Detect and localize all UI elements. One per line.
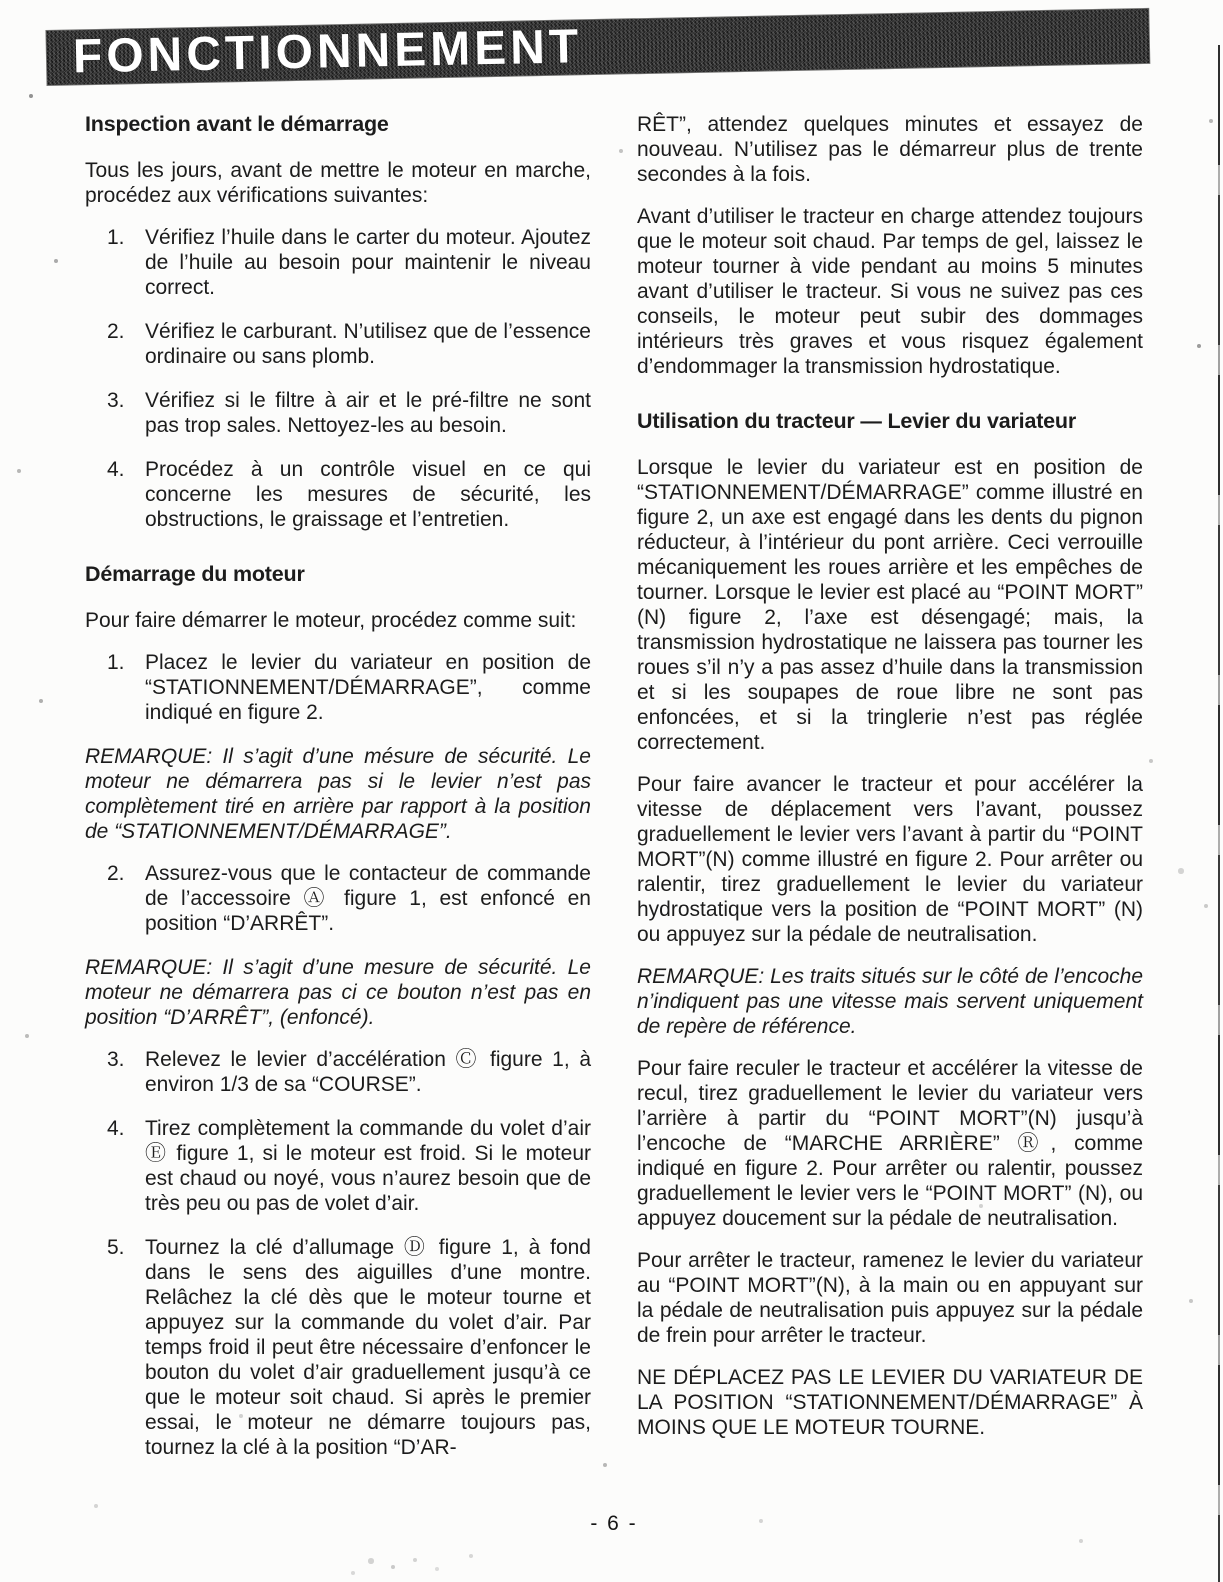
numbered-step: 3.Vérifiez si le filtre à air et le pré-… <box>85 388 591 438</box>
remark-paragraph: REMARQUE: Les traits situés sur le côté … <box>637 964 1143 1039</box>
paragraph: Avant d’utiliser le tracteur en charge a… <box>637 204 1143 379</box>
step-number: 4. <box>107 457 145 532</box>
numbered-step: 3.Relevez le levier d’accélération Ⓒ fig… <box>85 1047 591 1097</box>
step-text: Tirez complètement la commande du volet … <box>145 1116 591 1216</box>
numbered-step: 2.Vérifiez le carburant. N’utilisez que … <box>85 319 591 369</box>
step-number: 5. <box>107 1235 145 1460</box>
left-column: Inspection avant le démarrageTous les jo… <box>85 112 591 1479</box>
numbered-step: 2.Assurez-vous que le contacteur de comm… <box>85 861 591 936</box>
paragraph: Pour faire avancer le tracteur et pour a… <box>637 772 1143 947</box>
two-column-text-layout: Inspection avant le démarrageTous les jo… <box>85 112 1143 1479</box>
section-heading: Inspection avant le démarrage <box>85 112 591 137</box>
scanned-manual-page: FONCTIONNEMENT Inspection avant le démar… <box>0 0 1223 1582</box>
page-number: - 6 - <box>590 1512 637 1535</box>
step-text: Placez le levier du variateur en positio… <box>145 650 591 725</box>
page-footer: - 6 - <box>85 1512 1143 1536</box>
numbered-step: 1.Vérifiez l’huile dans le carter du mot… <box>85 225 591 300</box>
paragraph: Pour arrêter le tracteur, ramenez le lev… <box>637 1248 1143 1348</box>
warning-paragraph: NE DÉPLACEZ PAS LE LEVIER DU VARIATEUR D… <box>637 1365 1143 1440</box>
step-text: Assurez-vous que le contacteur de comman… <box>145 861 591 936</box>
step-number: 3. <box>107 1047 145 1097</box>
step-text: Relevez le levier d’accélération Ⓒ figur… <box>145 1047 591 1097</box>
numbered-step: 4.Procédez à un contrôle visuel en ce qu… <box>85 457 591 532</box>
section-banner-title: FONCTIONNEMENT <box>46 20 582 85</box>
section-heading: Démarrage du moteur <box>85 562 591 587</box>
paragraph: Pour faire reculer le tracteur et accélé… <box>637 1056 1143 1231</box>
numbered-step: 5.Tournez la clé d’allumage Ⓓ figure 1, … <box>85 1235 591 1460</box>
step-number: 2. <box>107 861 145 936</box>
step-number: 2. <box>107 319 145 369</box>
step-text: Vérifiez l’huile dans le carter du moteu… <box>145 225 591 300</box>
section-heading: Utilisation du tracteur — Levier du vari… <box>637 409 1143 434</box>
step-number: 4. <box>107 1116 145 1216</box>
paragraph: Lorsque le levier du variateur est en po… <box>637 455 1143 755</box>
numbered-step: 1.Placez le levier du variateur en posit… <box>85 650 591 725</box>
scan-edge-line <box>1218 45 1220 1582</box>
step-number: 1. <box>107 650 145 725</box>
remark-paragraph: REMARQUE: Il s’agit d’une mesure de sécu… <box>85 955 591 1030</box>
step-text: Procédez à un contrôle visuel en ce qui … <box>145 457 591 532</box>
paragraph: Tous les jours, avant de mettre le moteu… <box>85 158 591 208</box>
step-text: Tournez la clé d’allumage Ⓓ figure 1, à … <box>145 1235 591 1460</box>
paragraph: RÊT”, attendez quelques minutes et essay… <box>637 112 1143 187</box>
scan-noise-speckles <box>0 0 2 2</box>
numbered-step: 4.Tirez complètement la commande du vole… <box>85 1116 591 1216</box>
step-number: 1. <box>107 225 145 300</box>
step-number: 3. <box>107 388 145 438</box>
remark-paragraph: REMARQUE: Il s’agit d’une mésure de sécu… <box>85 744 591 844</box>
section-banner: FONCTIONNEMENT <box>46 9 1149 85</box>
step-text: Vérifiez si le filtre à air et le pré-fi… <box>145 388 591 438</box>
paragraph: Pour faire démarrer le moteur, procédez … <box>85 608 591 633</box>
step-text: Vérifiez le carburant. N’utilisez que de… <box>145 319 591 369</box>
right-column: RÊT”, attendez quelques minutes et essay… <box>637 112 1143 1479</box>
